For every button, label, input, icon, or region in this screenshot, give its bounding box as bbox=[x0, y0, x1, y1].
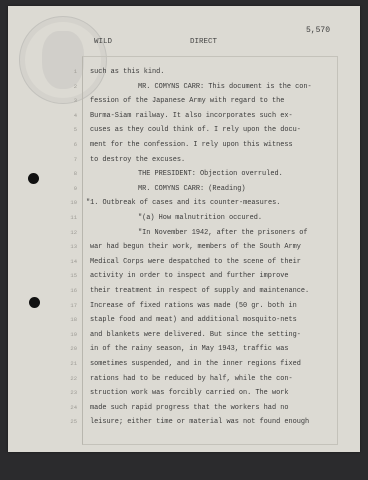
line-number: 17 bbox=[67, 299, 77, 314]
transcript-line: 22rations had to be reduced by half, whi… bbox=[83, 372, 337, 387]
line-text: fession of the Japanese Army with regard… bbox=[90, 94, 284, 109]
transcript-line: 6ment for the confession. I rely upon th… bbox=[83, 138, 337, 153]
line-text: Medical Corps were despatched to the sce… bbox=[90, 255, 301, 270]
line-text: "(a) How malnutrition occured. bbox=[138, 211, 262, 226]
line-text: made such rapid progress that the worker… bbox=[90, 401, 288, 416]
line-text: Increase of fixed rations was made (50 g… bbox=[90, 299, 297, 314]
transcript-line: 5cuses as they could think of. I rely up… bbox=[83, 123, 337, 138]
transcript-line: 3fession of the Japanese Army with regar… bbox=[83, 94, 337, 109]
line-number: 23 bbox=[67, 386, 77, 401]
line-number: 7 bbox=[67, 153, 77, 168]
line-text: leisure; either time or material was not… bbox=[90, 415, 309, 430]
line-text: activity in order to inspect and further… bbox=[90, 269, 288, 284]
transcript-line: 13war had begun their work, members of t… bbox=[83, 240, 337, 255]
line-number: 25 bbox=[67, 415, 77, 430]
line-number: 14 bbox=[67, 255, 77, 270]
transcript-line: 15activity in order to inspect and furth… bbox=[83, 269, 337, 284]
transcript-line: 16their treatment in respect of supply a… bbox=[83, 284, 337, 299]
line-number: 24 bbox=[67, 401, 77, 416]
line-number: 18 bbox=[67, 313, 77, 328]
line-text: their treatment in respect of supply and… bbox=[90, 284, 309, 299]
line-number: 4 bbox=[67, 109, 77, 124]
transcript-line: 23struction work was forcibly carried on… bbox=[83, 386, 337, 401]
line-text: MR. COMYNS CARR: (Reading) bbox=[138, 182, 246, 197]
line-text: rations had to be reduced by half, while… bbox=[90, 372, 293, 387]
line-text: ment for the confession. I rely upon thi… bbox=[90, 138, 293, 153]
line-text: MR. COMYNS CARR: This document is the co… bbox=[138, 80, 312, 95]
line-text: "1. Outbreak of cases and its counter-me… bbox=[86, 196, 280, 211]
transcript-line: 25leisure; either time or material was n… bbox=[83, 415, 337, 430]
transcript-line: 12"In November 1942, after the prisoners… bbox=[83, 226, 337, 241]
line-number: 12 bbox=[67, 226, 77, 241]
witness-name-header: WILD bbox=[94, 38, 112, 46]
line-text: cuses as they could think of. I rely upo… bbox=[90, 123, 301, 138]
line-number: 6 bbox=[67, 138, 77, 153]
transcript-line: 8THE PRESIDENT: Objection overruled. bbox=[83, 167, 337, 182]
transcript-line: 19and blankets were delivered. But since… bbox=[83, 328, 337, 343]
line-number: 16 bbox=[67, 284, 77, 299]
transcript-line: 18staple food and meat) and additional m… bbox=[83, 313, 337, 328]
transcript-line: 4Burma-Siam railway. It also incorporate… bbox=[83, 109, 337, 124]
line-number: 3 bbox=[67, 94, 77, 109]
line-number: 15 bbox=[67, 269, 77, 284]
seal-crest bbox=[42, 31, 84, 89]
line-number: 1 bbox=[67, 65, 77, 80]
line-text: struction work was forcibly carried on. … bbox=[90, 386, 288, 401]
examination-type-header: DIRECT bbox=[190, 38, 217, 46]
line-text: in of the rainy season, in May 1943, tra… bbox=[90, 342, 288, 357]
punch-hole-icon bbox=[29, 297, 40, 308]
line-text: staple food and meat) and additional mos… bbox=[90, 313, 297, 328]
transcript-line: 20in of the rainy season, in May 1943, t… bbox=[83, 342, 337, 357]
line-number: 10 bbox=[67, 196, 77, 211]
transcript-line: 17Increase of fixed rations was made (50… bbox=[83, 299, 337, 314]
transcript-line: 2MR. COMYNS CARR: This document is the c… bbox=[83, 80, 337, 95]
transcript-line: 1such as this kind. bbox=[83, 65, 337, 80]
line-number: 22 bbox=[67, 372, 77, 387]
transcript-body: 1such as this kind. 2MR. COMYNS CARR: Th… bbox=[82, 56, 338, 445]
transcript-line: 21sometimes suspended, and in the inner … bbox=[83, 357, 337, 372]
punch-hole-icon bbox=[28, 173, 39, 184]
line-text: "In November 1942, after the prisoners o… bbox=[138, 226, 308, 241]
document-page: 5,570 WILD DIRECT 1such as this kind. 2M… bbox=[8, 6, 360, 452]
transcript-line: 14Medical Corps were despatched to the s… bbox=[83, 255, 337, 270]
line-text: and blankets were delivered. But since t… bbox=[90, 328, 301, 343]
line-text: such as this kind. bbox=[90, 65, 164, 80]
transcript-line: 11"(a) How malnutrition occured. bbox=[83, 211, 337, 226]
line-number: 8 bbox=[67, 167, 77, 182]
page-number: 5,570 bbox=[306, 26, 330, 35]
line-text: to destroy the excuses. bbox=[90, 153, 185, 168]
line-number: 11 bbox=[67, 211, 77, 226]
transcript-line: 10"1. Outbreak of cases and its counter-… bbox=[83, 196, 337, 211]
line-number: 5 bbox=[67, 123, 77, 138]
line-text: war had begun their work, members of the… bbox=[90, 240, 301, 255]
line-text: sometimes suspended, and in the inner re… bbox=[90, 357, 301, 372]
line-number: 19 bbox=[67, 328, 77, 343]
line-number: 9 bbox=[67, 182, 77, 197]
line-number: 13 bbox=[67, 240, 77, 255]
transcript-line: 9MR. COMYNS CARR: (Reading) bbox=[83, 182, 337, 197]
line-number: 2 bbox=[67, 80, 77, 95]
line-text: THE PRESIDENT: Objection overruled. bbox=[138, 167, 283, 182]
transcript-line: 24made such rapid progress that the work… bbox=[83, 401, 337, 416]
line-number: 21 bbox=[67, 357, 77, 372]
line-number: 20 bbox=[67, 342, 77, 357]
line-text: Burma-Siam railway. It also incorporates… bbox=[90, 109, 293, 124]
transcript-line: 7to destroy the excuses. bbox=[83, 153, 337, 168]
